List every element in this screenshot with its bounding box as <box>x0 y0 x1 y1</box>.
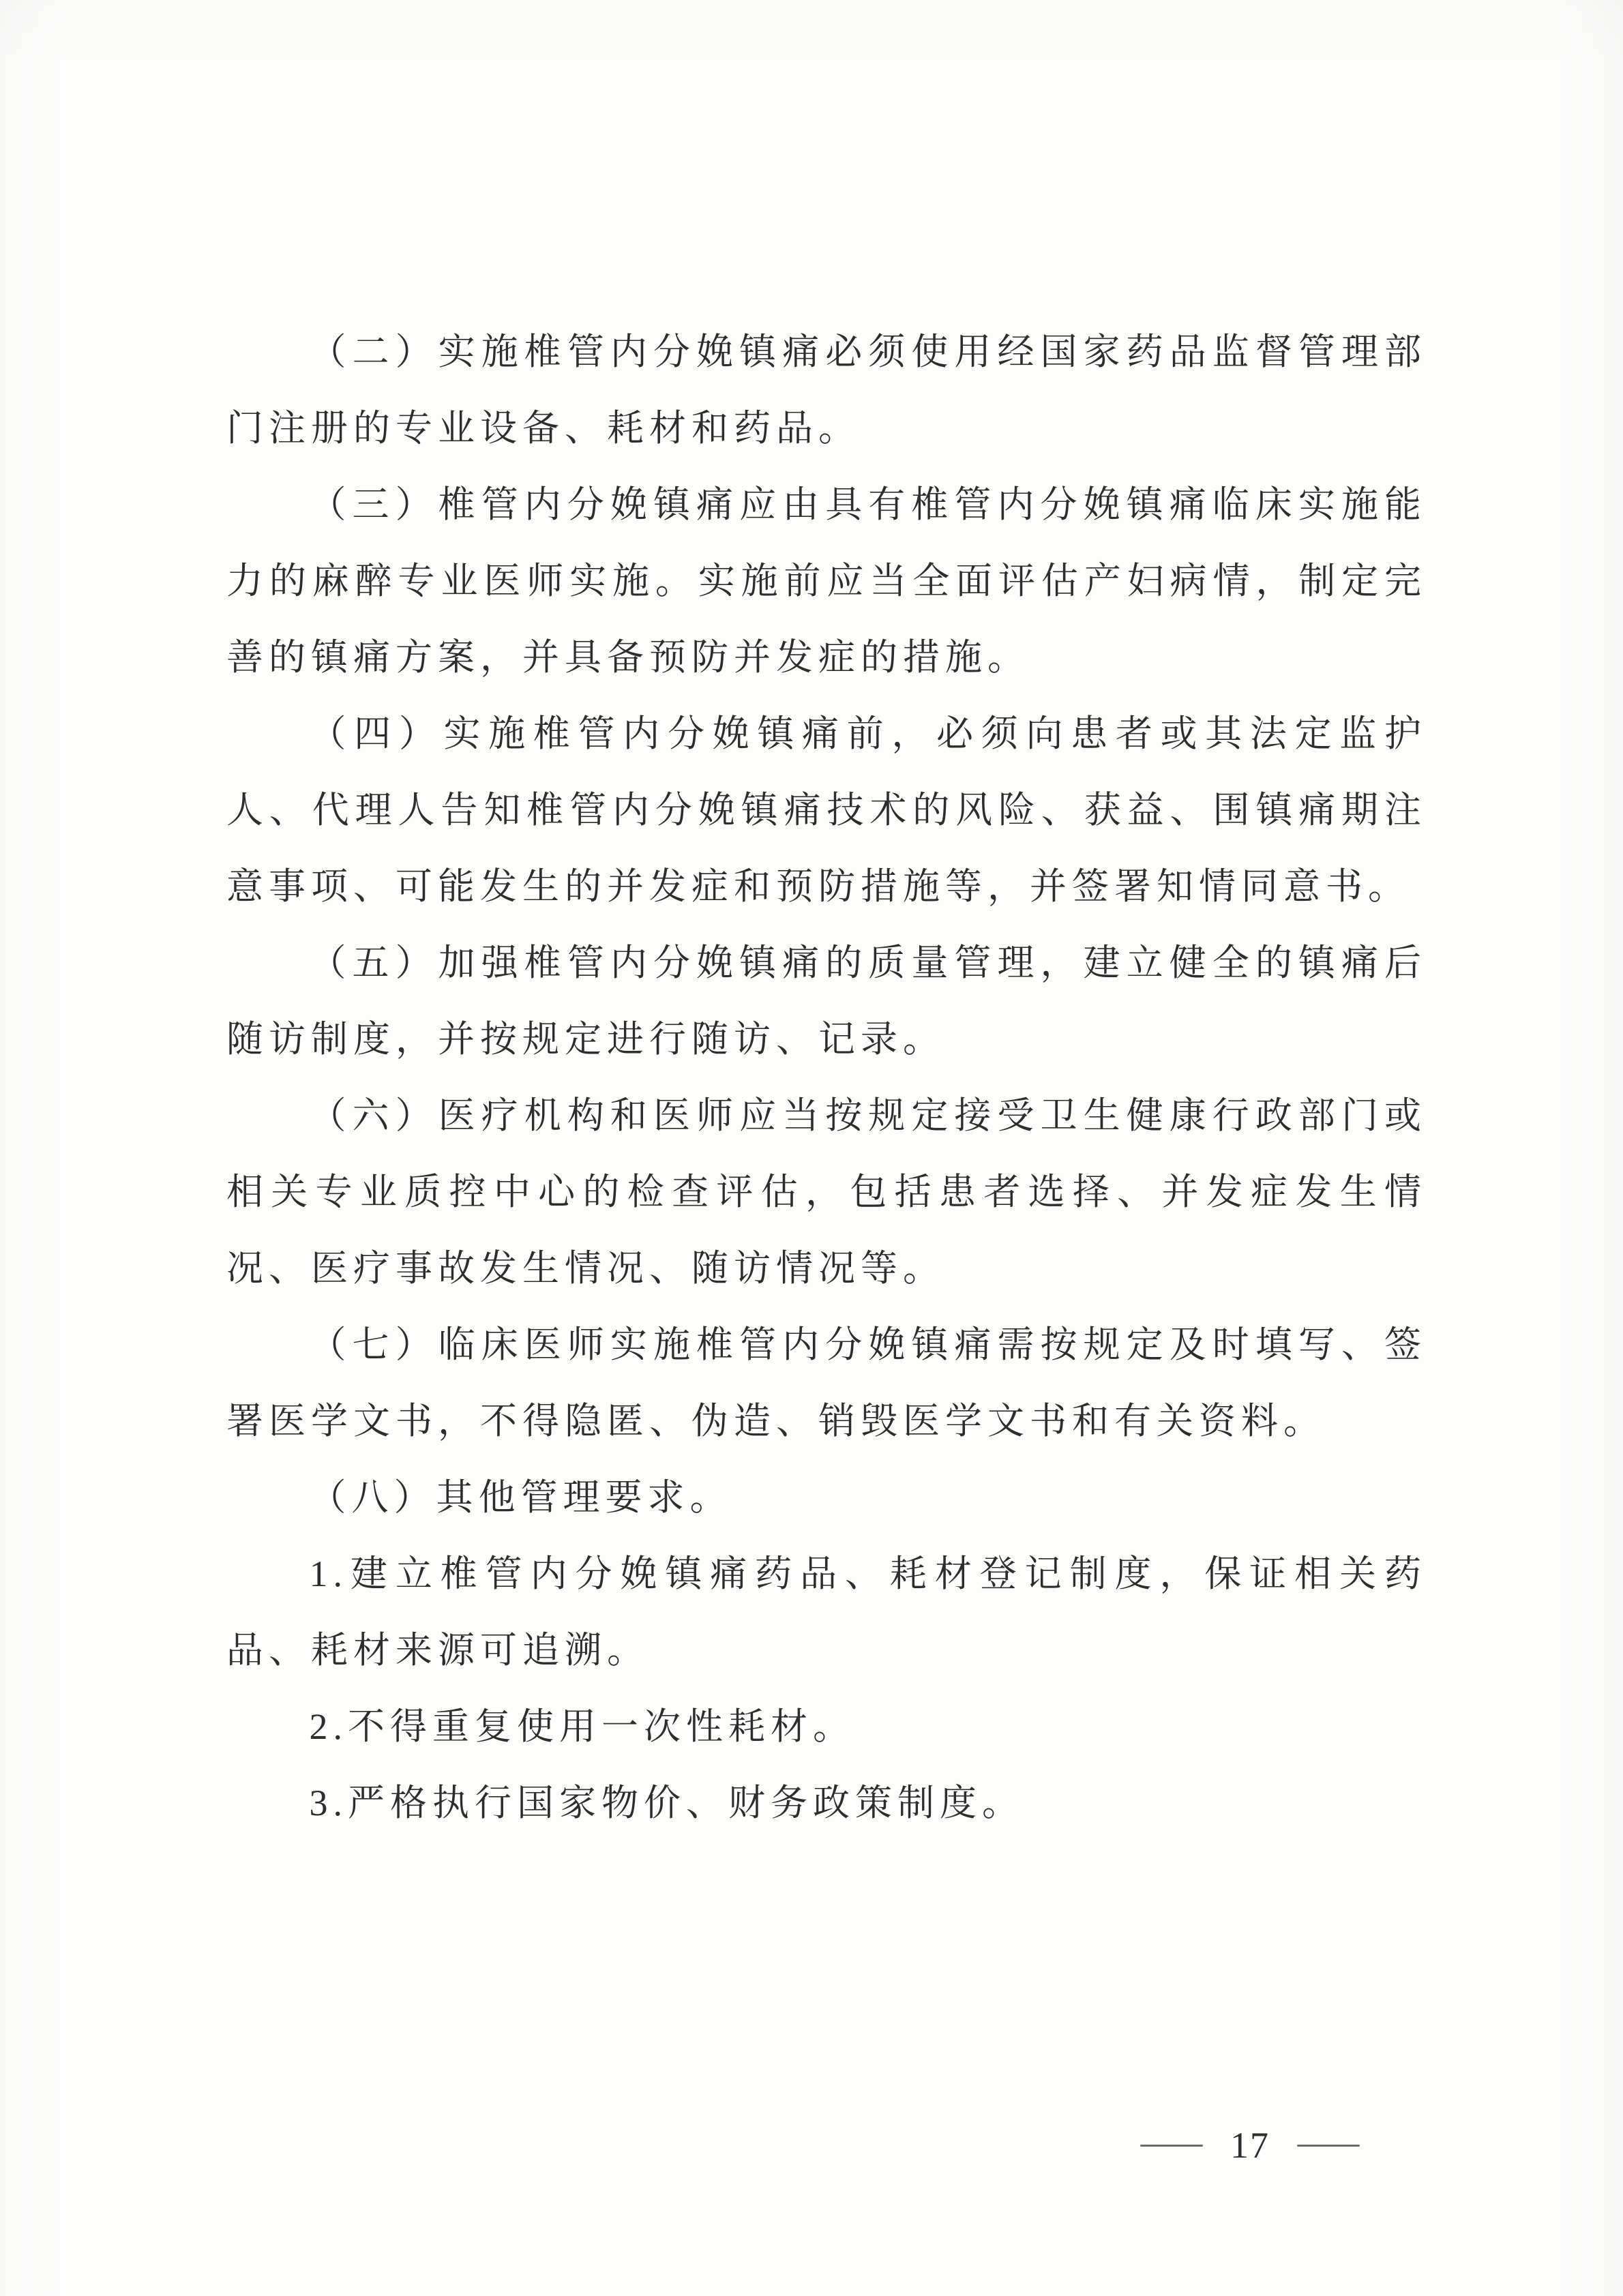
page-footer: 17 <box>1140 2124 1360 2166</box>
footer-right-dash <box>1297 2145 1360 2147</box>
paragraph-item-4: （四）实施椎管内分娩镇痛前，必须向患者或其法定监护人、代理人告知椎管内分娩镇痛技… <box>226 696 1427 925</box>
paragraph-subitem-2: 2.不得重复使用一次性耗材。 <box>226 1688 1427 1765</box>
paragraph-item-2: （二）实施椎管内分娩镇痛必须使用经国家药品监督管理部门注册的专业设备、耗材和药品… <box>226 314 1427 466</box>
paragraph-item-5: （五）加强椎管内分娩镇痛的质量管理，建立健全的镇痛后随访制度，并按规定进行随访、… <box>226 925 1427 1077</box>
paragraph-subitem-3: 3.严格执行国家物价、财务政策制度。 <box>226 1765 1427 1841</box>
paragraph-item-3: （三）椎管内分娩镇痛应由具有椎管内分娩镇痛临床实施能力的麻醉专业医师实施。实施前… <box>226 466 1427 696</box>
document-body: （二）实施椎管内分娩镇痛必须使用经国家药品监督管理部门注册的专业设备、耗材和药品… <box>226 314 1427 1841</box>
paragraph-subitem-1: 1.建立椎管内分娩镇痛药品、耗材登记制度，保证相关药品、耗材来源可追溯。 <box>226 1536 1427 1688</box>
paragraph-item-8: （八）其他管理要求。 <box>226 1459 1427 1536</box>
paragraph-item-6: （六）医疗机构和医师应当按规定接受卫生健康行政部门或相关专业质控中心的检查评估，… <box>226 1077 1427 1307</box>
footer-left-dash <box>1140 2145 1203 2147</box>
scanned-document-page: （二）实施椎管内分娩镇痛必须使用经国家药品监督管理部门注册的专业设备、耗材和药品… <box>0 0 1623 2296</box>
paragraph-item-7: （七）临床医师实施椎管内分娩镇痛需按规定及时填写、签署医学文书，不得隐匿、伪造、… <box>226 1307 1427 1459</box>
page-number: 17 <box>1230 2124 1270 2166</box>
